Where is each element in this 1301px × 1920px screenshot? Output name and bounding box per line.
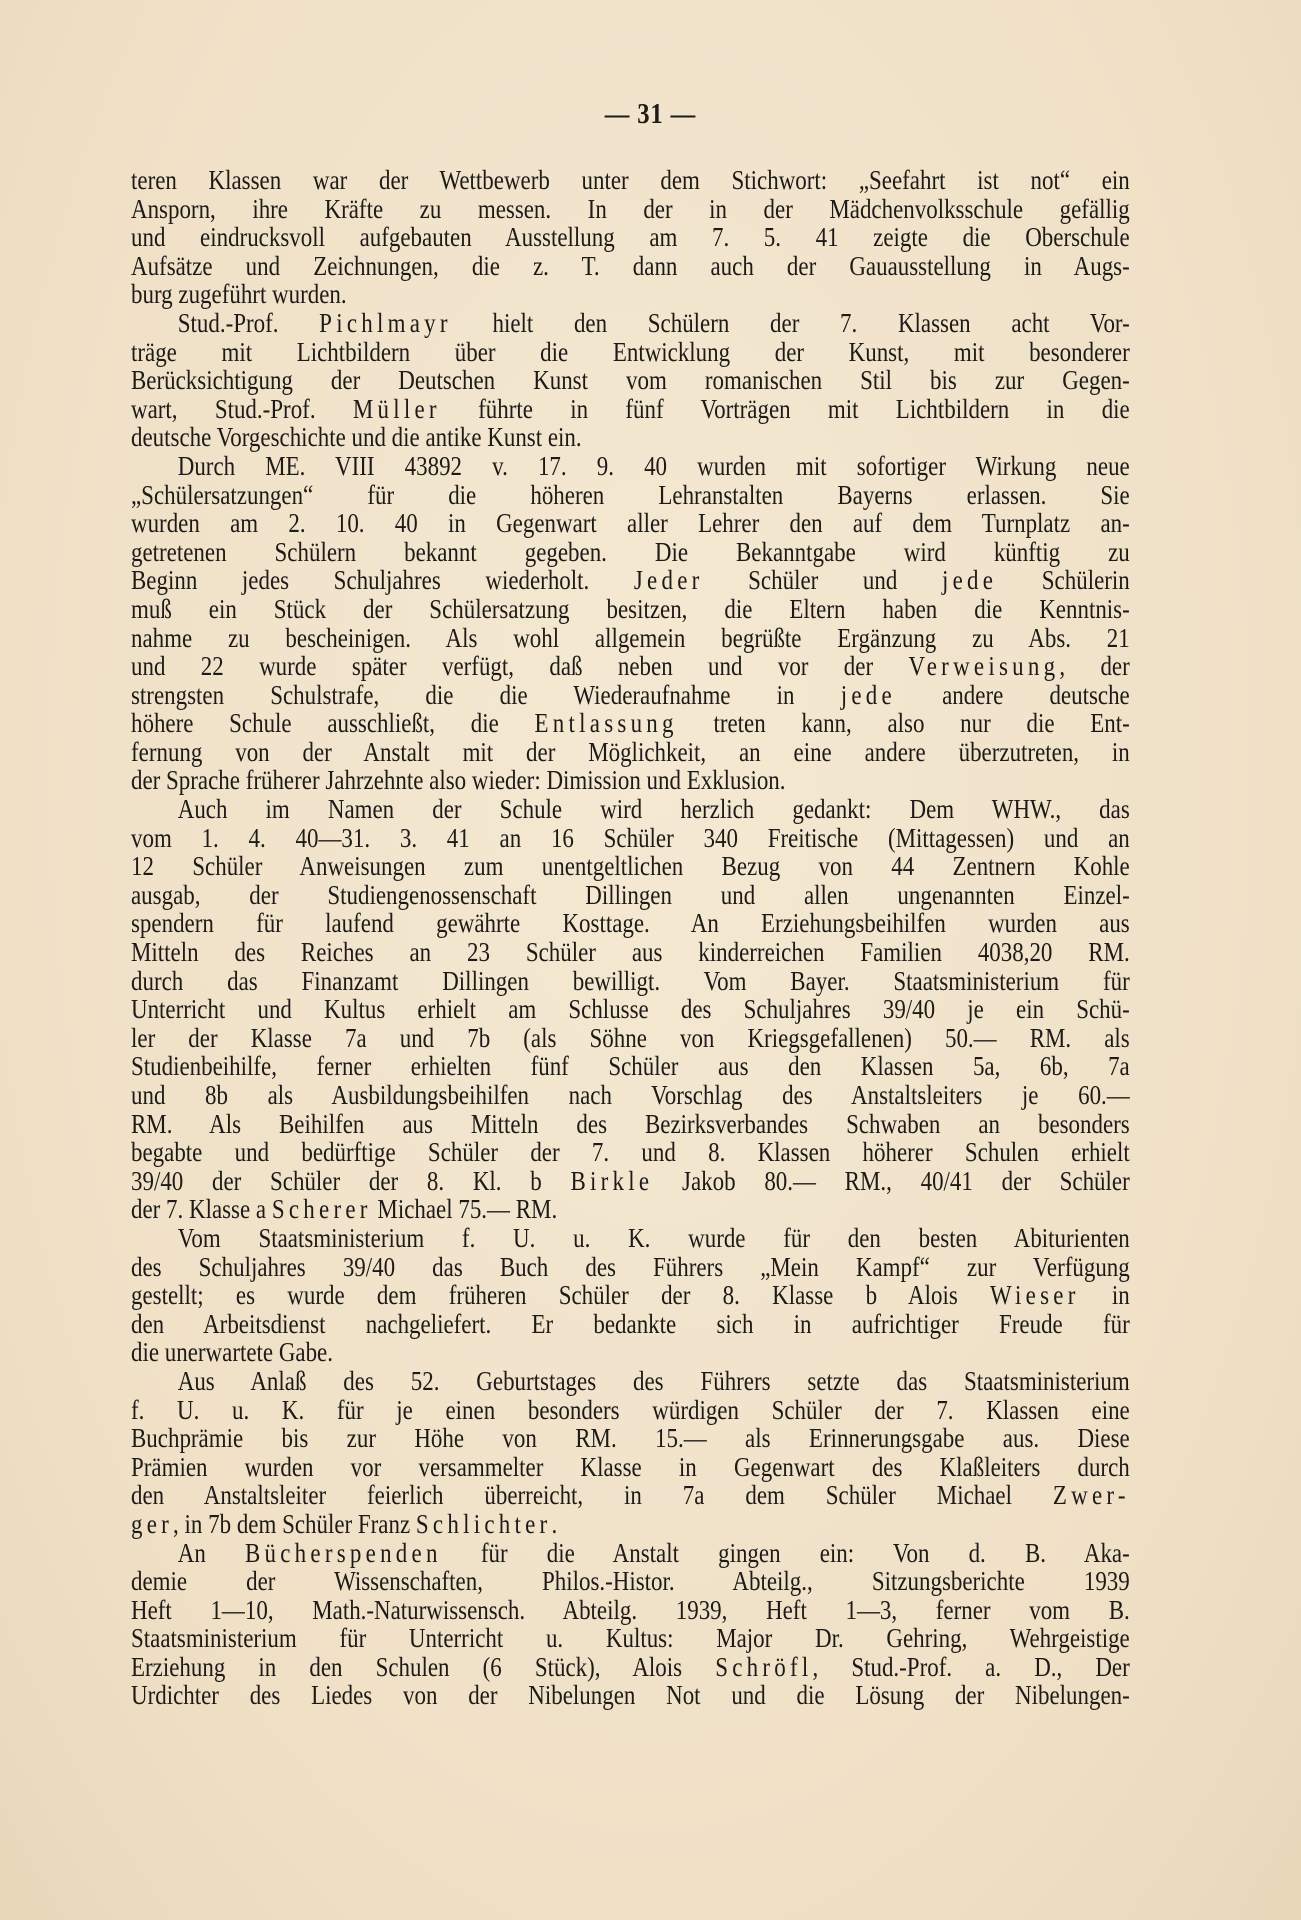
text-line: burg zugeführt wurden. xyxy=(131,280,1130,309)
text-line: wart, Stud.-Prof. Müller führte in fünf … xyxy=(131,395,1130,424)
text-line: „Schülersatzungen“ für die höheren Lehra… xyxy=(131,481,1130,510)
text-line: begabte und bedürftige Schüler der 7. un… xyxy=(131,1138,1130,1167)
text-line: getretenen Schülern bekannt gegeben. Die… xyxy=(131,538,1130,567)
text-line: Erziehung in den Schulen (6 Stück), Aloi… xyxy=(131,1653,1130,1682)
spaced-emphasis: Birkle xyxy=(570,1166,653,1196)
text-line: Aus Anlaß des 52. Geburtstages des Führe… xyxy=(131,1367,1130,1396)
text-line: 12 Schüler Anweisungen zum unentgeltlich… xyxy=(131,852,1130,881)
spaced-emphasis: Verweisung xyxy=(908,651,1059,681)
paragraph-vortraege: Stud.-Prof. Pichlmayr hielt den Schülern… xyxy=(131,309,1130,452)
text-line: und 22 wurde später verfügt, daß neben u… xyxy=(131,652,1130,681)
text-line: nahme zu bescheinigen. Als wohl allgemei… xyxy=(131,624,1130,653)
page-number: — 31 — xyxy=(98,98,1204,131)
spaced-emphasis: jede xyxy=(942,565,997,595)
paragraph-wettbewerb: teren Klassen war der Wettbewerb unter d… xyxy=(131,166,1130,309)
spaced-emphasis: jede xyxy=(841,680,896,710)
text-line: Studienbeihilfe, ferner erhielten fünf S… xyxy=(131,1052,1130,1081)
text-line: An Bücherspenden für die Anstalt gingen … xyxy=(131,1539,1130,1568)
paragraph-schuelersatzungen: Durch ME. VIII 43892 v. 17. 9. 40 wurden… xyxy=(131,452,1130,795)
text-line: Staatsministerium für Unterricht u. Kult… xyxy=(131,1624,1130,1653)
spaced-emphasis: Jeder xyxy=(634,565,704,595)
text-line: Vom Staatsministerium f. U. u. K. wurde … xyxy=(131,1224,1130,1253)
spaced-emphasis: Schröfl xyxy=(715,1652,812,1682)
text-line: ger, in 7b dem Schüler Franz Schlichter. xyxy=(131,1510,1130,1539)
text-line: Durch ME. VIII 43892 v. 17. 9. 40 wurden… xyxy=(131,452,1130,481)
paragraph-buecherspenden: An Bücherspenden für die Anstalt gingen … xyxy=(131,1539,1130,1711)
spaced-emphasis: Scherer xyxy=(272,1194,372,1224)
text-line: vom 1. 4. 40—31. 3. 41 an 16 Schüler 340… xyxy=(131,824,1130,853)
text-line: Heft 1—10, Math.-Naturwissensch. Abteilg… xyxy=(131,1596,1130,1625)
paragraph-buchpraemie: Aus Anlaß des 52. Geburtstages des Führe… xyxy=(131,1367,1130,1539)
text-line: Aufsätze und Zeichnungen, die z. T. dann… xyxy=(131,252,1130,281)
text-line: Mitteln des Reiches an 23 Schüler aus ki… xyxy=(131,938,1130,967)
body-text: teren Klassen war der Wettbewerb unter d… xyxy=(131,166,1130,1710)
spaced-emphasis: Wieser xyxy=(990,1280,1080,1310)
text-line: 39/40 der Schüler der 8. Kl. b Birkle Ja… xyxy=(131,1167,1130,1196)
spaced-emphasis: ger xyxy=(131,1509,173,1539)
text-line: Beginn jedes Schuljahres wiederholt. Jed… xyxy=(131,566,1130,595)
spaced-emphasis: Entlassung xyxy=(535,708,678,738)
text-line: und 8b als Ausbildungsbeihilfen nach Vor… xyxy=(131,1081,1130,1110)
paragraph-dank-beihilfen: Auch im Namen der Schule wird herzlich g… xyxy=(131,795,1130,1224)
text-line: Berücksichtigung der Deutschen Kunst vom… xyxy=(131,366,1130,395)
spaced-emphasis: Zwer- xyxy=(1053,1480,1130,1510)
text-line: f. U. u. K. für je einen besonders würdi… xyxy=(131,1396,1130,1425)
text-line: teren Klassen war der Wettbewerb unter d… xyxy=(131,166,1130,195)
spaced-emphasis: Bücherspenden xyxy=(245,1538,442,1568)
text-line: der Sprache früherer Jahrzehnte also wie… xyxy=(131,766,1130,795)
text-line: der 7. Klasse a Scherer Michael 75.— RM. xyxy=(131,1195,1130,1224)
text-line: Prämien wurden vor versammelter Klasse i… xyxy=(131,1453,1130,1482)
text-line: Unterricht und Kultus erhielt am Schluss… xyxy=(131,995,1130,1024)
text-line: des Schuljahres 39/40 das Buch des Führe… xyxy=(131,1253,1130,1282)
text-line: die unerwartete Gabe. xyxy=(131,1338,1130,1367)
text-line: gestellt; es wurde dem früheren Schüler … xyxy=(131,1281,1130,1310)
text-line: muß ein Stück der Schülersatzung besitze… xyxy=(131,595,1130,624)
text-line: fernung von der Anstalt mit der Möglichk… xyxy=(131,738,1130,767)
text-line: den Anstaltsleiter feierlich überreicht,… xyxy=(131,1481,1130,1510)
text-line: RM. Als Beihilfen aus Mitteln des Bezirk… xyxy=(131,1110,1130,1139)
text-line: wurden am 2. 10. 40 in Gegenwart aller L… xyxy=(131,509,1130,538)
text-line: ler der Klasse 7a und 7b (als Söhne von … xyxy=(131,1024,1130,1053)
paragraph-mein-kampf: Vom Staatsministerium f. U. u. K. wurde … xyxy=(131,1224,1130,1367)
spaced-emphasis: Schlichter xyxy=(416,1509,552,1539)
text-line: Auch im Namen der Schule wird herzlich g… xyxy=(131,795,1130,824)
text-line: durch das Finanzamt Dillingen bewilligt.… xyxy=(131,967,1130,996)
text-line: träge mit Lichtbildern über die Entwickl… xyxy=(131,338,1130,367)
text-line: demie der Wissenschaften, Philos.-Histor… xyxy=(131,1567,1130,1596)
spaced-emphasis: Müller xyxy=(353,394,441,424)
spaced-emphasis: Pichlmayr xyxy=(319,308,452,338)
text-line: Urdichter des Liedes von der Nibelungen … xyxy=(131,1681,1130,1710)
text-line: Buchprämie bis zur Höhe von RM. 15.— als… xyxy=(131,1424,1130,1453)
text-line: Ansporn, ihre Kräfte zu messen. In der i… xyxy=(131,195,1130,224)
text-line: strengsten Schulstrafe, die die Wiederau… xyxy=(131,681,1130,710)
text-line: spendern für laufend gewährte Kosttage. … xyxy=(131,909,1130,938)
text-line: deutsche Vorgeschichte und die antike Ku… xyxy=(131,423,1130,452)
text-line: Stud.-Prof. Pichlmayr hielt den Schülern… xyxy=(131,309,1130,338)
text-line: höhere Schule ausschließt, die Entlassun… xyxy=(131,709,1130,738)
text-line: und eindrucksvoll aufgebauten Ausstellun… xyxy=(131,223,1130,252)
text-line: den Arbeitsdienst nachgeliefert. Er beda… xyxy=(131,1310,1130,1339)
text-line: ausgab, der Studiengenossenschaft Dillin… xyxy=(131,881,1130,910)
